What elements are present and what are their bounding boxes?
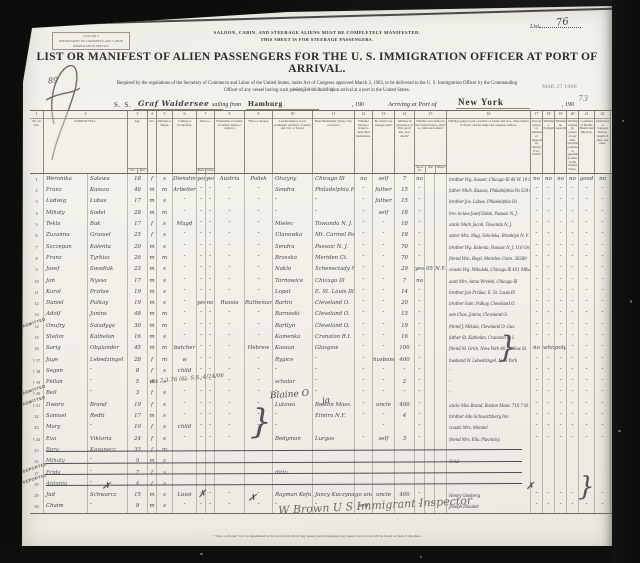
cell [373,479,395,490]
cell: Salawa [88,174,128,185]
column-number: 19 [555,111,566,119]
cell: ″ [531,309,543,320]
cell: ″ [245,230,273,241]
row-number-cell: 10 [30,276,44,287]
cell: 7 [128,468,148,479]
cell: ″ [173,411,197,422]
cell [313,468,355,479]
cell: ″ [567,422,579,433]
cell [425,309,435,320]
cell: ″ [215,253,245,264]
cell: ″ [173,253,197,264]
cell: Chicago Ill [313,174,355,185]
cell: ″ [273,196,313,207]
cell [355,422,373,433]
cell: Franz [44,253,88,264]
cell: ″ [197,411,206,422]
cell: Daniel [44,298,88,309]
cell: ″ [355,309,373,320]
cell: ″ [215,388,245,399]
cell: ″ [415,185,425,196]
cell: ″ [215,343,245,354]
cell [425,174,435,185]
column-label: Whether coming by reason of any offer, s… [567,119,578,173]
cell [173,468,197,479]
cell: cousin Mrs. Mendel [447,422,531,433]
cell [215,479,245,490]
column-header: 12Whether having a ticket to such final … [355,111,373,173]
cell: ″ [206,242,215,253]
cell: 18 [128,174,148,185]
cell: s [157,388,173,399]
cell: 15 [128,490,148,501]
table-row: 7SzczepanKolenta20ms″″″″″SendraPassaic N… [30,242,612,253]
cell [595,456,611,467]
cell: m [157,208,173,219]
cell: poly doubts [555,343,567,354]
cell: w [173,355,197,366]
cell: ″ [531,287,543,298]
cell: ″ [173,196,197,207]
cell: 3 [128,388,148,399]
cell: Hebrew [245,343,273,354]
column-number: 10 [273,111,312,119]
cell: ″ [531,219,543,230]
cell: Cleveland O. [313,298,355,309]
cell: Russia [215,298,245,309]
cell: ″ [215,434,245,445]
cell: ″ [555,253,567,264]
cell: 18 [395,230,415,241]
cell [425,185,435,196]
cell: ″ [355,253,373,264]
cell: ″ [355,242,373,253]
cell: brother Sam. Pulkay, Cleveland O. [447,298,531,309]
cell: ″ [555,230,567,241]
cell: father St. Kathelan, Cranston R. I. [447,332,531,343]
cell: ″ [206,434,215,445]
cell: ″ [595,309,611,320]
cell: ″ [595,332,611,343]
column-subheaders: Yes or NoYearWhere? [415,165,446,173]
cell: ″ [373,309,395,320]
cell: ″ [543,219,555,230]
cell: ″ [197,355,206,366]
cell: brother Alte Schwartzberg Inn [447,411,531,422]
cell: ″ [88,377,128,388]
cell: m [148,287,157,298]
cell: 48 [128,309,148,320]
cell [197,456,206,467]
cell: Lussi [173,490,197,501]
cell [435,208,447,219]
cell: ″ [245,208,273,219]
cell: good [579,174,595,185]
cell: Zuzanna [44,230,88,241]
row-number-cell: 15 [30,332,44,343]
column-number: 16 [447,111,530,119]
cell: Jud [44,490,88,501]
cell: ″ [206,309,215,320]
scan-speck [622,120,624,122]
cell: ″ [447,377,531,388]
cell: ″ [595,400,611,411]
cell: s [157,479,173,490]
port-of-departure: Hamburg [246,99,319,110]
cell: ″ [555,309,567,320]
cell: ″ [173,434,197,445]
cell: husband N. Lebedzingel, New York [447,355,531,366]
page-title: LIST OR MANIFEST OF ALIEN PASSENGERS FOR… [22,51,612,75]
cell: ″ [245,219,273,230]
cell: ″ [567,219,579,230]
cell: m [148,185,157,196]
cell: m [148,456,157,467]
cell: ″ [355,366,373,377]
cell: ″ [567,253,579,264]
cell: ″ [567,242,579,253]
cell: Saladyga [88,321,128,332]
cell [425,468,435,479]
cell: ″ [206,332,215,343]
cell: s [157,230,173,241]
cell [273,479,313,490]
handwritten-note: ✗ [101,480,111,492]
cell: Kathelan [88,332,128,343]
cell: ″ [197,242,206,253]
regulation-text-line1: Required by the regulations of the Secre… [52,81,582,86]
cell: ″ [206,253,215,264]
cell: Szczepan [44,242,88,253]
cell [555,468,567,479]
race-footnote: * “Race or People” is to be determined b… [22,534,612,538]
cell: 45 [128,343,148,354]
cell: Chaim [44,501,88,512]
cell: ″ [531,355,543,366]
cell: s [157,242,173,253]
column-subheaders: Read.Write. [197,168,214,172]
cell: m [157,185,173,196]
cell [355,456,373,467]
manifest-notice-line1: SALOON, CABIN, AND STEERAGE ALIENS MUST … [22,30,612,35]
scan-speck [420,556,422,558]
column-number: 7 [197,111,214,119]
cell: ″ [531,208,543,219]
cell: ″ [579,253,595,264]
cell [425,343,435,354]
cell [197,445,206,456]
handwritten-note: 73 [578,94,588,103]
cell: ″ [579,287,595,298]
row-number-cell: 1 [30,174,44,185]
cell: ″ [595,366,611,377]
cell: ″ [595,434,611,445]
cell: ″ [215,196,245,207]
column-header: 14Whether in possession of $50, and if l… [395,111,415,173]
cell: ″ [215,276,245,287]
cell: ″ [88,366,128,377]
cell: 16 [395,332,415,343]
column-label: Last Residence. (Last permanent residenc… [273,119,312,173]
cell [595,468,611,479]
cell [425,377,435,388]
cell [435,343,447,354]
cell: ″ [313,208,355,219]
scan-bottom-border [0,546,640,563]
column-header: 1No. on List. [30,111,44,173]
column-number: 9 [245,111,272,119]
cell: ″ [543,321,555,332]
scan-speck [630,300,632,303]
cell: ″ [88,388,128,399]
column-sublabel: Yrs. [128,169,138,172]
cell: ″ [355,276,373,287]
cell: Jan [44,276,88,287]
cell: ″ [555,298,567,309]
cell: 4 [128,479,148,490]
cell: ″ [173,321,197,332]
cell: ″ [206,185,215,196]
cell: Kassan [273,343,313,354]
cell: s [157,468,173,479]
cell: m [148,264,157,275]
column-header: 8Nationality. (Country of which citizen … [215,111,245,173]
table-row: 16SarigObglander45mmbutcher″″″HebrewKass… [30,343,612,354]
cell [435,196,447,207]
column-header: 16Whether going to join a relative or fr… [447,111,531,173]
cell: ″ [197,219,206,230]
cell: Philadelphia Pa [313,185,355,196]
cell: Bora [44,445,88,456]
cell: ″ [567,343,579,354]
cell: Naklo [273,264,313,275]
cell [355,445,373,456]
cell: ″ [595,276,611,287]
cell [543,479,555,490]
column-sublabel: Write. [206,169,214,172]
cell: ″ [579,196,595,207]
cell: m [148,298,157,309]
cell: ″ [206,276,215,287]
arriving-label: Arriving at Port of [388,101,437,108]
cell: ″ [215,287,245,298]
table-row: 10JanNyssa17ms″″″″″TarnowiceChicago Ill″… [30,276,612,287]
row-number-cell: 7 [30,242,44,253]
handwritten-note: } [498,330,517,365]
cell: Grassel [88,230,128,241]
cell: ″ [173,264,197,275]
cell: ″ [579,264,595,275]
table-row: 15StefanKathelan16ms″″″″″KamenkaCranston… [30,332,612,343]
cell [447,468,531,479]
cell [435,185,447,196]
cell: ″ [206,411,215,422]
column-label: Final Destination. (State, City, or Town… [313,119,354,173]
cell: ″ [531,298,543,309]
cell [273,456,313,467]
cell: s [157,366,173,377]
cell: ″ [567,355,579,366]
cell [425,355,435,366]
cell: 17 [128,196,148,207]
cell: Kamenka [273,332,313,343]
cell: Rayman Kefura [273,490,313,501]
cell: friend Mrs. Elis. Plavnicky [447,434,531,445]
cell: f [148,468,157,479]
row-number-cell: 25 [30,445,44,456]
cell [435,332,447,343]
cell: Samuel [44,411,88,422]
cell: Viktoria [88,434,128,445]
column-header: 9*Race or People. [245,111,273,173]
cell [206,468,215,479]
cell: ″ [579,298,595,309]
cell: ″ [245,332,273,343]
cell [245,479,273,490]
table-row: † 18Segen″8fschild″″″″″″″″″″″″″″″″″ [30,366,612,377]
cell [355,479,373,490]
cell: ″ [206,208,215,219]
cell: Mihaly [44,456,88,467]
cell: ″ [567,377,579,388]
cell: ″ [273,411,313,422]
cell [435,321,447,332]
row-number-cell: 8 [30,253,44,264]
cell [595,479,611,490]
handwritten-note: ja [321,396,330,407]
cell: ″ [531,377,543,388]
cell: 17 [128,219,148,230]
cell: Brand [88,400,128,411]
table-row: 1WeronikaSalawa18fsDienstmagdyesyesAustr… [30,174,612,185]
column-number: 18 [543,111,554,119]
column-label: *Race or People. [245,119,272,173]
cell: m [148,411,157,422]
cell: Ruthenian [245,298,273,309]
cell: ″ [555,208,567,219]
cell: 10 [128,422,148,433]
cell: m [157,253,173,264]
cell [435,253,447,264]
cell: ″ [355,230,373,241]
cell: ″ [543,253,555,264]
cell: ″ [197,185,206,196]
cell: 23 [128,264,148,275]
row-number-cell: 16 [30,343,44,354]
cell: ″ [373,219,395,230]
cell: m [148,253,157,264]
cell: ″ [595,196,611,207]
column-label: Whether having a ticket to such final de… [355,119,372,173]
cell: ″ [206,321,215,332]
cell: ″ [595,287,611,298]
cell: 70 [395,253,415,264]
ss-prefix: S. S. [114,101,132,109]
cell: f [148,388,157,399]
table-row: 28Antonia″4fs [30,479,612,490]
cell: ″ [579,230,595,241]
cell: ″ [595,208,611,219]
cell: ″ [215,422,245,433]
cell: ″ [447,388,531,399]
cell: Tarnowice [273,276,313,287]
cell: ″ [373,377,395,388]
cell: Ulanowka [273,230,313,241]
cell: Pulkay [88,298,128,309]
cell: ″ [555,422,567,433]
cell: ″ [531,276,543,287]
cell [425,456,435,467]
cell: Passaic N. J. [313,242,355,253]
cell [435,230,447,241]
cell [435,445,447,456]
column-number: 21 [579,111,594,119]
cell [447,479,531,490]
cell: ″ [555,287,567,298]
cell: ″ [415,343,425,354]
cell: 7 [395,174,415,185]
cell: Ludwig [44,196,88,207]
cell: ″ [543,242,555,253]
cell: Lutowa [273,400,313,411]
cell: ″ [206,287,215,298]
cell: 19 [128,298,148,309]
cell: ″ [173,287,197,298]
cell [215,445,245,456]
cell: ditto [273,468,313,479]
cell: ″ [373,388,395,399]
cell: ″ [245,276,273,287]
cell [435,479,447,490]
table-row: 22SamuelRedti17ms″″″″″″Elmira N.Y.″″4″br… [30,411,612,422]
cell: ″ [595,321,611,332]
cell: ″ [173,242,197,253]
cell: ″ [197,196,206,207]
cell: butcher [173,343,197,354]
table-row: 29JudSchwarcz15msLussi″″″″Rayman KefuraJ… [30,490,612,501]
cell: ″ [206,355,215,366]
cell: Nyssa [88,276,128,287]
cell: m [157,445,173,456]
column-number: 22 [595,111,610,119]
cell: Schenectady N.Y. [313,264,355,275]
cell: ″ [206,490,215,501]
cell: ″ [567,321,579,332]
column-label: Whether ever before in the United States… [415,119,446,165]
column-header: 15Whether ever before in the United Stat… [415,111,447,173]
cell: m [148,208,157,219]
cell [567,456,579,467]
cell: self [373,208,395,219]
cell: ″ [595,355,611,366]
cell [425,422,435,433]
cell: Arbeiter [173,185,197,196]
cell: ″ [245,355,273,366]
cell: ″ [531,185,543,196]
cell: ″ [173,388,197,399]
cell: brother Wg. Susser, Chicago Ill 48 W. 19… [447,174,531,185]
cell [313,445,355,456]
column-number: 2 [44,111,127,119]
cell: s [157,264,173,275]
cell [435,287,447,298]
cell: ″ [215,185,245,196]
cell: Onufry [44,321,88,332]
row-number-cell: 5 [30,219,44,230]
cell: ″ [531,411,543,422]
cell [173,445,197,456]
cell [555,456,567,467]
